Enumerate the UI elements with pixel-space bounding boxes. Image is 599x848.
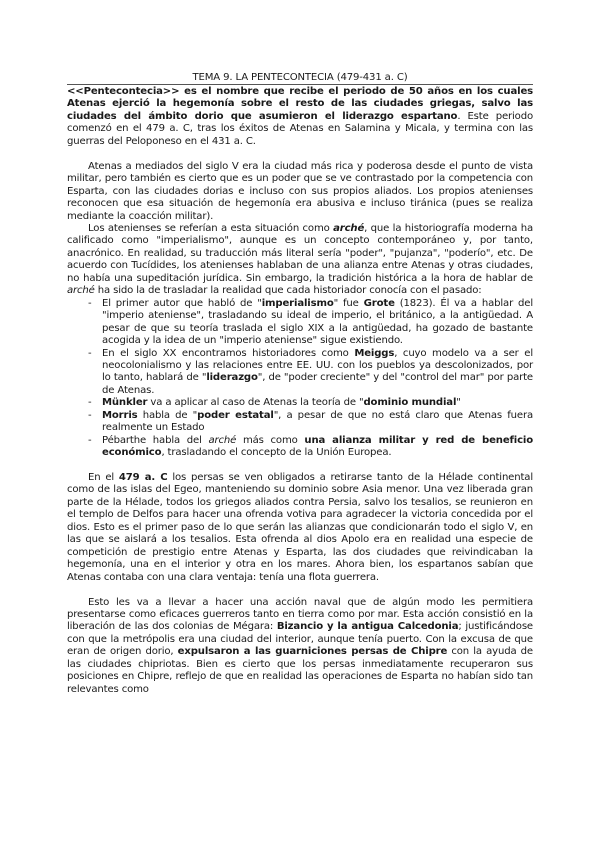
spacer [67,584,533,596]
paragraph-4: Esto les va a llevar a hacer una acción … [67,597,533,697]
spacer [67,460,533,472]
historians-list: El primer autor que habló de "imperialis… [67,298,533,460]
term-arche: arché [67,285,95,296]
list-item: El primer autor que habló de "imperialis… [67,298,533,348]
text: Los atenienses se referían a esta situac… [88,223,333,234]
document-page: TEMA 9. LA PENTECONTECIA (479-431 a. C) … [67,72,533,696]
document-title: TEMA 9. LA PENTECONTECIA (479-431 a. C) [67,72,533,85]
paragraph-1: Atenas a mediados del siglo V era la ciu… [67,161,533,223]
paragraph-2: Los atenienses se referían a esta situac… [67,223,533,298]
list-item: Morris habla de "poder estatal", a pesar… [67,410,533,435]
term-arche: arché [333,223,364,234]
text: ha sido la de trasladar la realidad que … [95,285,482,296]
list-item: Münkler va a aplicar al caso de Atenas l… [67,397,533,409]
paragraph-3: En el 479 a. C los persas se ven obligad… [67,472,533,584]
intro-paragraph: <<Pentecontecia>> es el nombre que recib… [67,86,533,148]
list-item: Pébarthe habla del arché más como una al… [67,435,533,460]
spacer [67,148,533,160]
list-item: En el siglo XX encontramos historiadores… [67,348,533,398]
